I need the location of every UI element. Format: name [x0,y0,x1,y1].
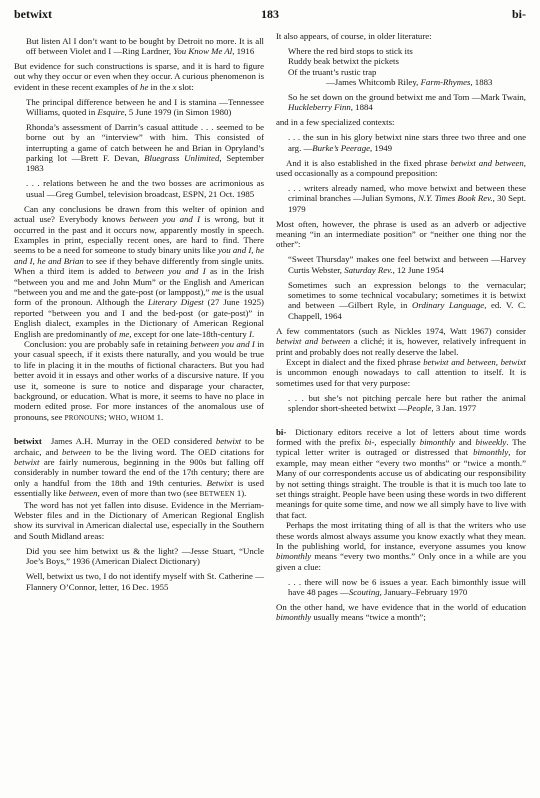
guide-word-right: bi- [355,7,526,21]
paragraph: A few commentators (such as Nickles 1974… [276,326,526,357]
paragraph: And it is also established in the fixed … [276,158,526,179]
paragraph: Most often, however, the phrase is used … [276,219,526,250]
running-head: betwixt 183 bi- [14,7,526,21]
quote-block: But listen Al I don’t want to be bought … [26,36,264,57]
text-column-left: But listen Al I don’t want to be bought … [14,31,264,798]
entry-headword: betwixt [14,436,42,446]
quote-block: Rhonda’s assessment of Darrin’s casual a… [26,122,264,174]
entry-paragraph: bi-Dictionary editors receive a lot of l… [276,427,526,521]
text-column-right: It also appears, of course, in older lit… [276,31,526,798]
paragraph: Perhaps the most irritating thing of all… [276,520,526,572]
quote-block: . . . the sun in his glory betwixt nine … [288,132,526,153]
verse-line: Ruddy beak betwixt the pickets [288,56,526,66]
paragraph: The word has not yet fallen into disuse.… [14,500,264,542]
paragraph: Except in dialect and the fixed phrase b… [276,357,526,388]
quote-block: Well, betwixt us two, I do not identify … [26,571,264,592]
paragraph: Can any conclusions be drawn from this w… [14,204,264,339]
quote-block: . . . but she’s not pitching percale her… [288,393,526,414]
entry-paragraph: betwixtJames A.H. Murray in the OED cons… [14,436,264,499]
paragraph: On the other hand, we have evidence that… [276,602,526,623]
entry-headword: bi- [276,427,286,437]
quote-block: . . . writers already named, who move be… [288,183,526,214]
paragraph: Conclusion: you are probably safe in ret… [14,339,264,423]
paragraph: But evidence for such constructions is s… [14,61,264,92]
verse-line: Where the red bird stops to stick its [288,46,526,56]
paragraph: and in a few specialized contexts: [276,117,526,127]
quote-block: Sometimes such an expression belongs to … [288,280,526,322]
quote-block: The principal difference between he and … [26,97,264,118]
quote-block: . . . there will now be 6 issues a year.… [288,577,526,598]
quote-block: Did you see him betwixt us & the light? … [26,546,264,567]
page-number: 183 [185,7,356,21]
dictionary-page: betwixt 183 bi- But listen Al I don’t wa… [0,0,540,798]
verse-attribution: —James Whitcomb Riley, Farm-Rhymes, 1883 [288,77,526,87]
guide-word-left: betwixt [14,7,185,21]
verse-quote: Where the red bird stops to stick itsRud… [288,46,526,88]
paragraph: It also appears, of course, in older lit… [276,31,526,41]
text-columns: But listen Al I don’t want to be bought … [14,31,526,798]
quote-block: “Sweet Thursday” makes one feel betwixt … [288,254,526,275]
verse-line: Of the truant’s rustic trap [288,67,526,77]
quote-block: So he set down on the ground betwixt me … [288,92,526,113]
quote-block: . . . relations between he and the two b… [26,178,264,199]
